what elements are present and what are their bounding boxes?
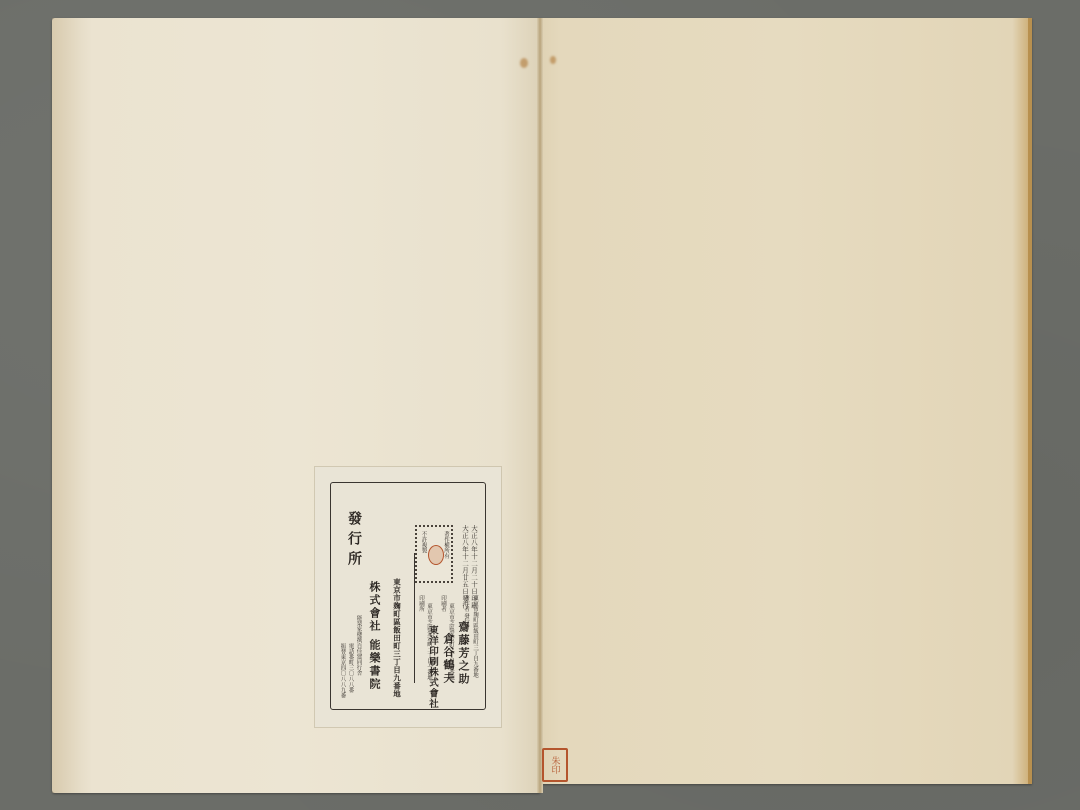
publisher-name: 株式會社 能樂書院 bbox=[369, 581, 380, 691]
colophon-border: 大正八年十二月二十日印刷 大正八年十二月廿五日發行 著作權所有 不許複製 東京市… bbox=[330, 482, 486, 710]
no-reproduction-text: 不許複製 bbox=[420, 531, 426, 553]
copyright-stamp-box: 著作權所有 不許複製 bbox=[415, 525, 453, 583]
account-info: 能楽家楼撰百佳建同行舎 bbox=[355, 615, 361, 676]
red-seal-stamp: 朱印 bbox=[542, 748, 568, 782]
book-gutter bbox=[537, 18, 543, 793]
publisher-heading: 發行所 bbox=[347, 511, 361, 571]
author-name: 齋藤芳之助 bbox=[458, 621, 469, 686]
author-address: 東京市麹町區飯田町三丁目九番地 bbox=[472, 595, 478, 678]
publisher-address: 東京市麹町區飯田町三丁目九番地 bbox=[393, 578, 401, 698]
paper-stain bbox=[520, 58, 528, 68]
phone-info-1: 電話番町三〇八八番 bbox=[347, 643, 353, 693]
phone-info-2: 振替東京四〇八八九番 bbox=[339, 643, 345, 698]
print-shop-label: 印刷所 bbox=[418, 595, 424, 612]
colophon-label: 大正八年十二月二十日印刷 大正八年十二月廿五日發行 著作權所有 不許複製 東京市… bbox=[315, 467, 501, 727]
right-page bbox=[540, 18, 1032, 784]
paper-stain bbox=[550, 56, 556, 64]
seal-icon bbox=[428, 545, 444, 565]
printer-name: 倉谷鶴夫 bbox=[443, 633, 454, 685]
divider-line bbox=[414, 553, 415, 683]
print-shop-name: 東洋印刷株式會社 bbox=[428, 625, 438, 709]
printer-label: 印刷者 bbox=[440, 595, 446, 612]
seal-text: 朱印 bbox=[549, 756, 562, 774]
